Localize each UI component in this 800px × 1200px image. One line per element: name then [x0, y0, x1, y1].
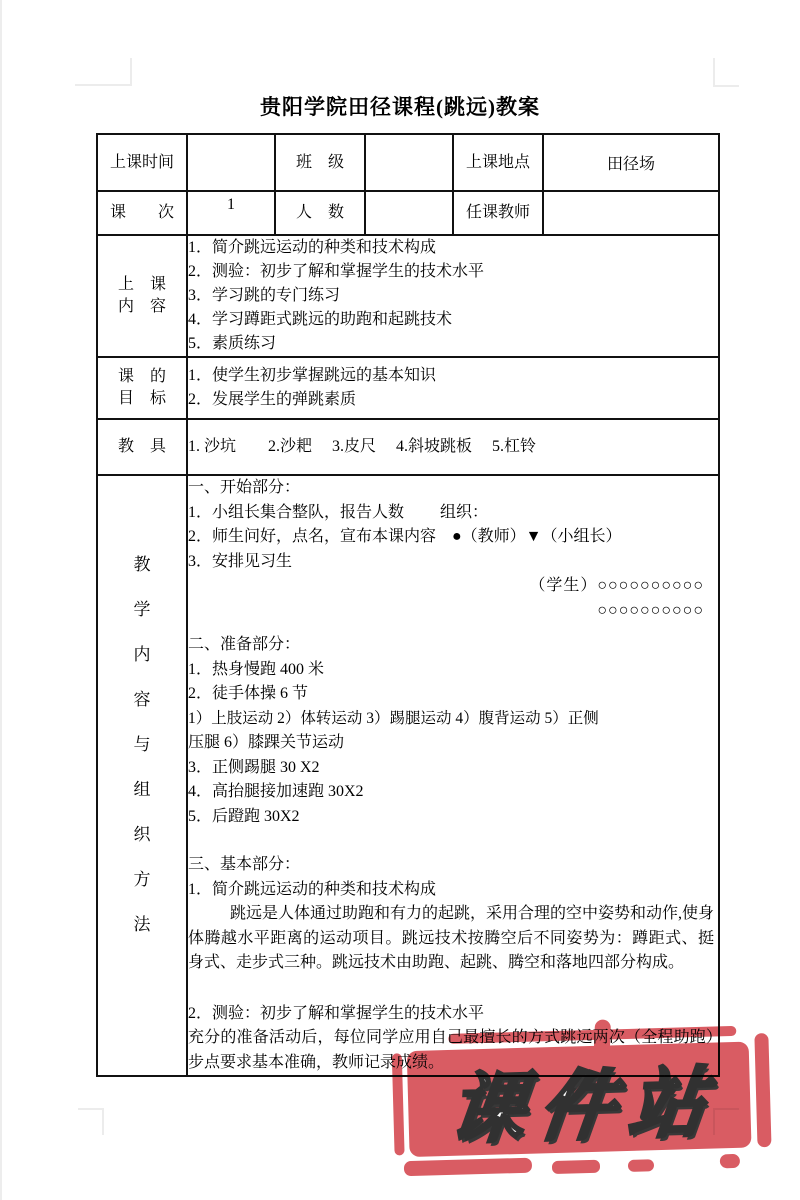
teaching-line: 2．徒手体操 6 节 [188, 682, 718, 707]
equipment-text: 1. 沙坑 2.沙耙 3.皮尺 4.斜坡跳板 5.杠铃 [187, 419, 719, 475]
label-line: 目 标 [98, 388, 186, 410]
class-time-value [187, 134, 275, 191]
lesson-plan-table: 上课时间 班 级 上课地点 田径场 课 次 1 人 数 任课教师 上 课 内 容… [96, 133, 720, 1077]
stamp-body: 课件站 [407, 1042, 752, 1158]
teaching-line: 1）上肢运动 2）体转运动 3）踢腿运动 4）腹背运动 5）正侧 [188, 707, 718, 732]
teaching-method-content: 一、开始部分： 1．小组长集合整队，报告人数 组织： 2．师生问好，点名，宣布本… [187, 475, 719, 1076]
table-row: 课 的 目 标 1．使学生初步掌握跳远的基本知识 2．发展学生的弹跳素质 [97, 357, 719, 419]
vertical-label-char: 容 [134, 691, 151, 708]
teaching-paragraph: 跳远是人体通过助跑和有力的起跳，采用合理的空中姿势和动作,使身体腾越水平距离的运… [188, 902, 714, 976]
table-row: 课 次 1 人 数 任课教师 [97, 191, 719, 235]
vertical-label-char: 方 [134, 871, 151, 888]
class-value [365, 134, 453, 191]
lesson-goal-list: 1．使学生初步掌握跳远的基本知识 2．发展学生的弹跳素质 [187, 357, 719, 419]
teaching-line: 3．正侧踢腿 30 X2 [188, 756, 718, 781]
students-formation-row: ○○○○○○○○○○ [188, 599, 704, 624]
page-title: 贵阳学院田径课程(跳远)教案 [0, 91, 800, 121]
stamp-frame-dash [552, 1160, 600, 1174]
teaching-line: 4．高抬腿接加速跑 30X2 [188, 780, 718, 805]
lesson-number-label: 课 次 [97, 191, 187, 235]
margin-mark-bottom-left [78, 1108, 104, 1135]
table-row: 教 具 1. 沙坑 2.沙耙 3.皮尺 4.斜坡跳板 5.杠铃 [97, 419, 719, 475]
lesson-content-list: 1．简介跳远运动的种类和技术构成 2．测验：初步了解和掌握学生的技术水平 3．学… [187, 235, 719, 357]
stamp-frame-dash [720, 1154, 740, 1169]
list-item: 2．发展学生的弹跳素质 [188, 388, 718, 412]
lesson-number-value: 1 [187, 191, 275, 235]
teaching-line: 压腿 6）膝踝关节运动 [188, 731, 718, 756]
vertical-label-char: 学 [134, 601, 151, 618]
document-page: 贵阳学院田径课程(跳远)教案 上课时间 班 级 上课地点 田径场 课 次 1 人… [0, 0, 800, 1200]
vertical-label-char: 与 [134, 736, 151, 753]
section-heading: 三、基本部分： [188, 853, 718, 878]
teacher-value [543, 191, 719, 235]
stamp-frame-left [392, 1053, 405, 1155]
lesson-content-label: 上 课 内 容 [97, 235, 187, 357]
teaching-line: 1．热身慢跑 400 米 [188, 658, 718, 683]
label-line: 课 的 [98, 366, 186, 388]
location-value: 田径场 [543, 134, 719, 191]
student-count-label: 人 数 [275, 191, 365, 235]
class-time-label: 上课时间 [97, 134, 187, 191]
section-heading: 二、准备部分： [188, 633, 718, 658]
stamp-frame-right [754, 1033, 771, 1147]
list-item: 1．使学生初步掌握跳远的基本知识 [188, 364, 718, 388]
stamp-frame-dash [628, 1159, 654, 1172]
list-item: 5．素质练习 [188, 332, 718, 356]
vertical-label-char: 织 [134, 826, 151, 843]
lesson-goal-label: 课 的 目 标 [97, 357, 187, 419]
teaching-line: 1．小组长集合整队，报告人数 组织： [188, 501, 718, 526]
vertical-label-char: 法 [134, 916, 151, 933]
equipment-line: 1. 沙坑 2.沙耙 3.皮尺 4.斜坡跳板 5.杠铃 [188, 435, 718, 459]
label-line: 内 容 [98, 296, 186, 318]
vertical-label-char: 组 [134, 781, 151, 798]
table-row: 教 学 内 容 与 组 织 方 法 一、开始部分： 1．小组长集合整队，报告人数… [97, 475, 719, 1076]
list-item: 1．简介跳远运动的种类和技术构成 [188, 236, 718, 260]
location-label: 上课地点 [453, 134, 543, 191]
class-label: 班 级 [275, 134, 365, 191]
teaching-line: 1．简介跳远运动的种类和技术构成 [188, 878, 718, 903]
vertical-label: 教 学 内 容 与 组 织 方 法 [98, 476, 186, 933]
list-item: 4．学习蹲距式跳远的助跑和起跳技术 [188, 308, 718, 332]
section-heading: 一、开始部分： [188, 476, 718, 501]
student-count-value [365, 191, 453, 235]
list-item: 3．学习跳的专门练习 [188, 284, 718, 308]
teaching-line: 2．师生问好，点名，宣布本课内容 ●（教师）▼（小组长） [188, 525, 718, 550]
stamp-frame-dash [404, 1158, 532, 1177]
teaching-line: 3．安排见习生 [188, 550, 718, 575]
students-formation-row: （学生）○○○○○○○○○○ [188, 574, 704, 599]
stamp-text: 课件站 [444, 1041, 726, 1158]
teaching-line: 5．后蹬跑 30X2 [188, 805, 718, 830]
equipment-label: 教 具 [97, 419, 187, 475]
vertical-label-char: 内 [134, 646, 151, 663]
table-row: 上课时间 班 级 上课地点 田径场 [97, 134, 719, 191]
list-item: 2．测验：初步了解和掌握学生的技术水平 [188, 260, 718, 284]
margin-mark-top-left [75, 58, 132, 86]
window-edge [0, 0, 2, 1200]
vertical-label-char: 教 [134, 556, 151, 573]
label-line: 上 课 [98, 274, 186, 296]
teacher-label: 任课教师 [453, 191, 543, 235]
table-row: 上 课 内 容 1．简介跳远运动的种类和技术构成 2．测验：初步了解和掌握学生的… [97, 235, 719, 357]
watermark-stamp: 课件站 [386, 1008, 794, 1181]
teaching-method-label: 教 学 内 容 与 组 织 方 法 [97, 475, 187, 1076]
margin-mark-top-right [713, 58, 739, 87]
